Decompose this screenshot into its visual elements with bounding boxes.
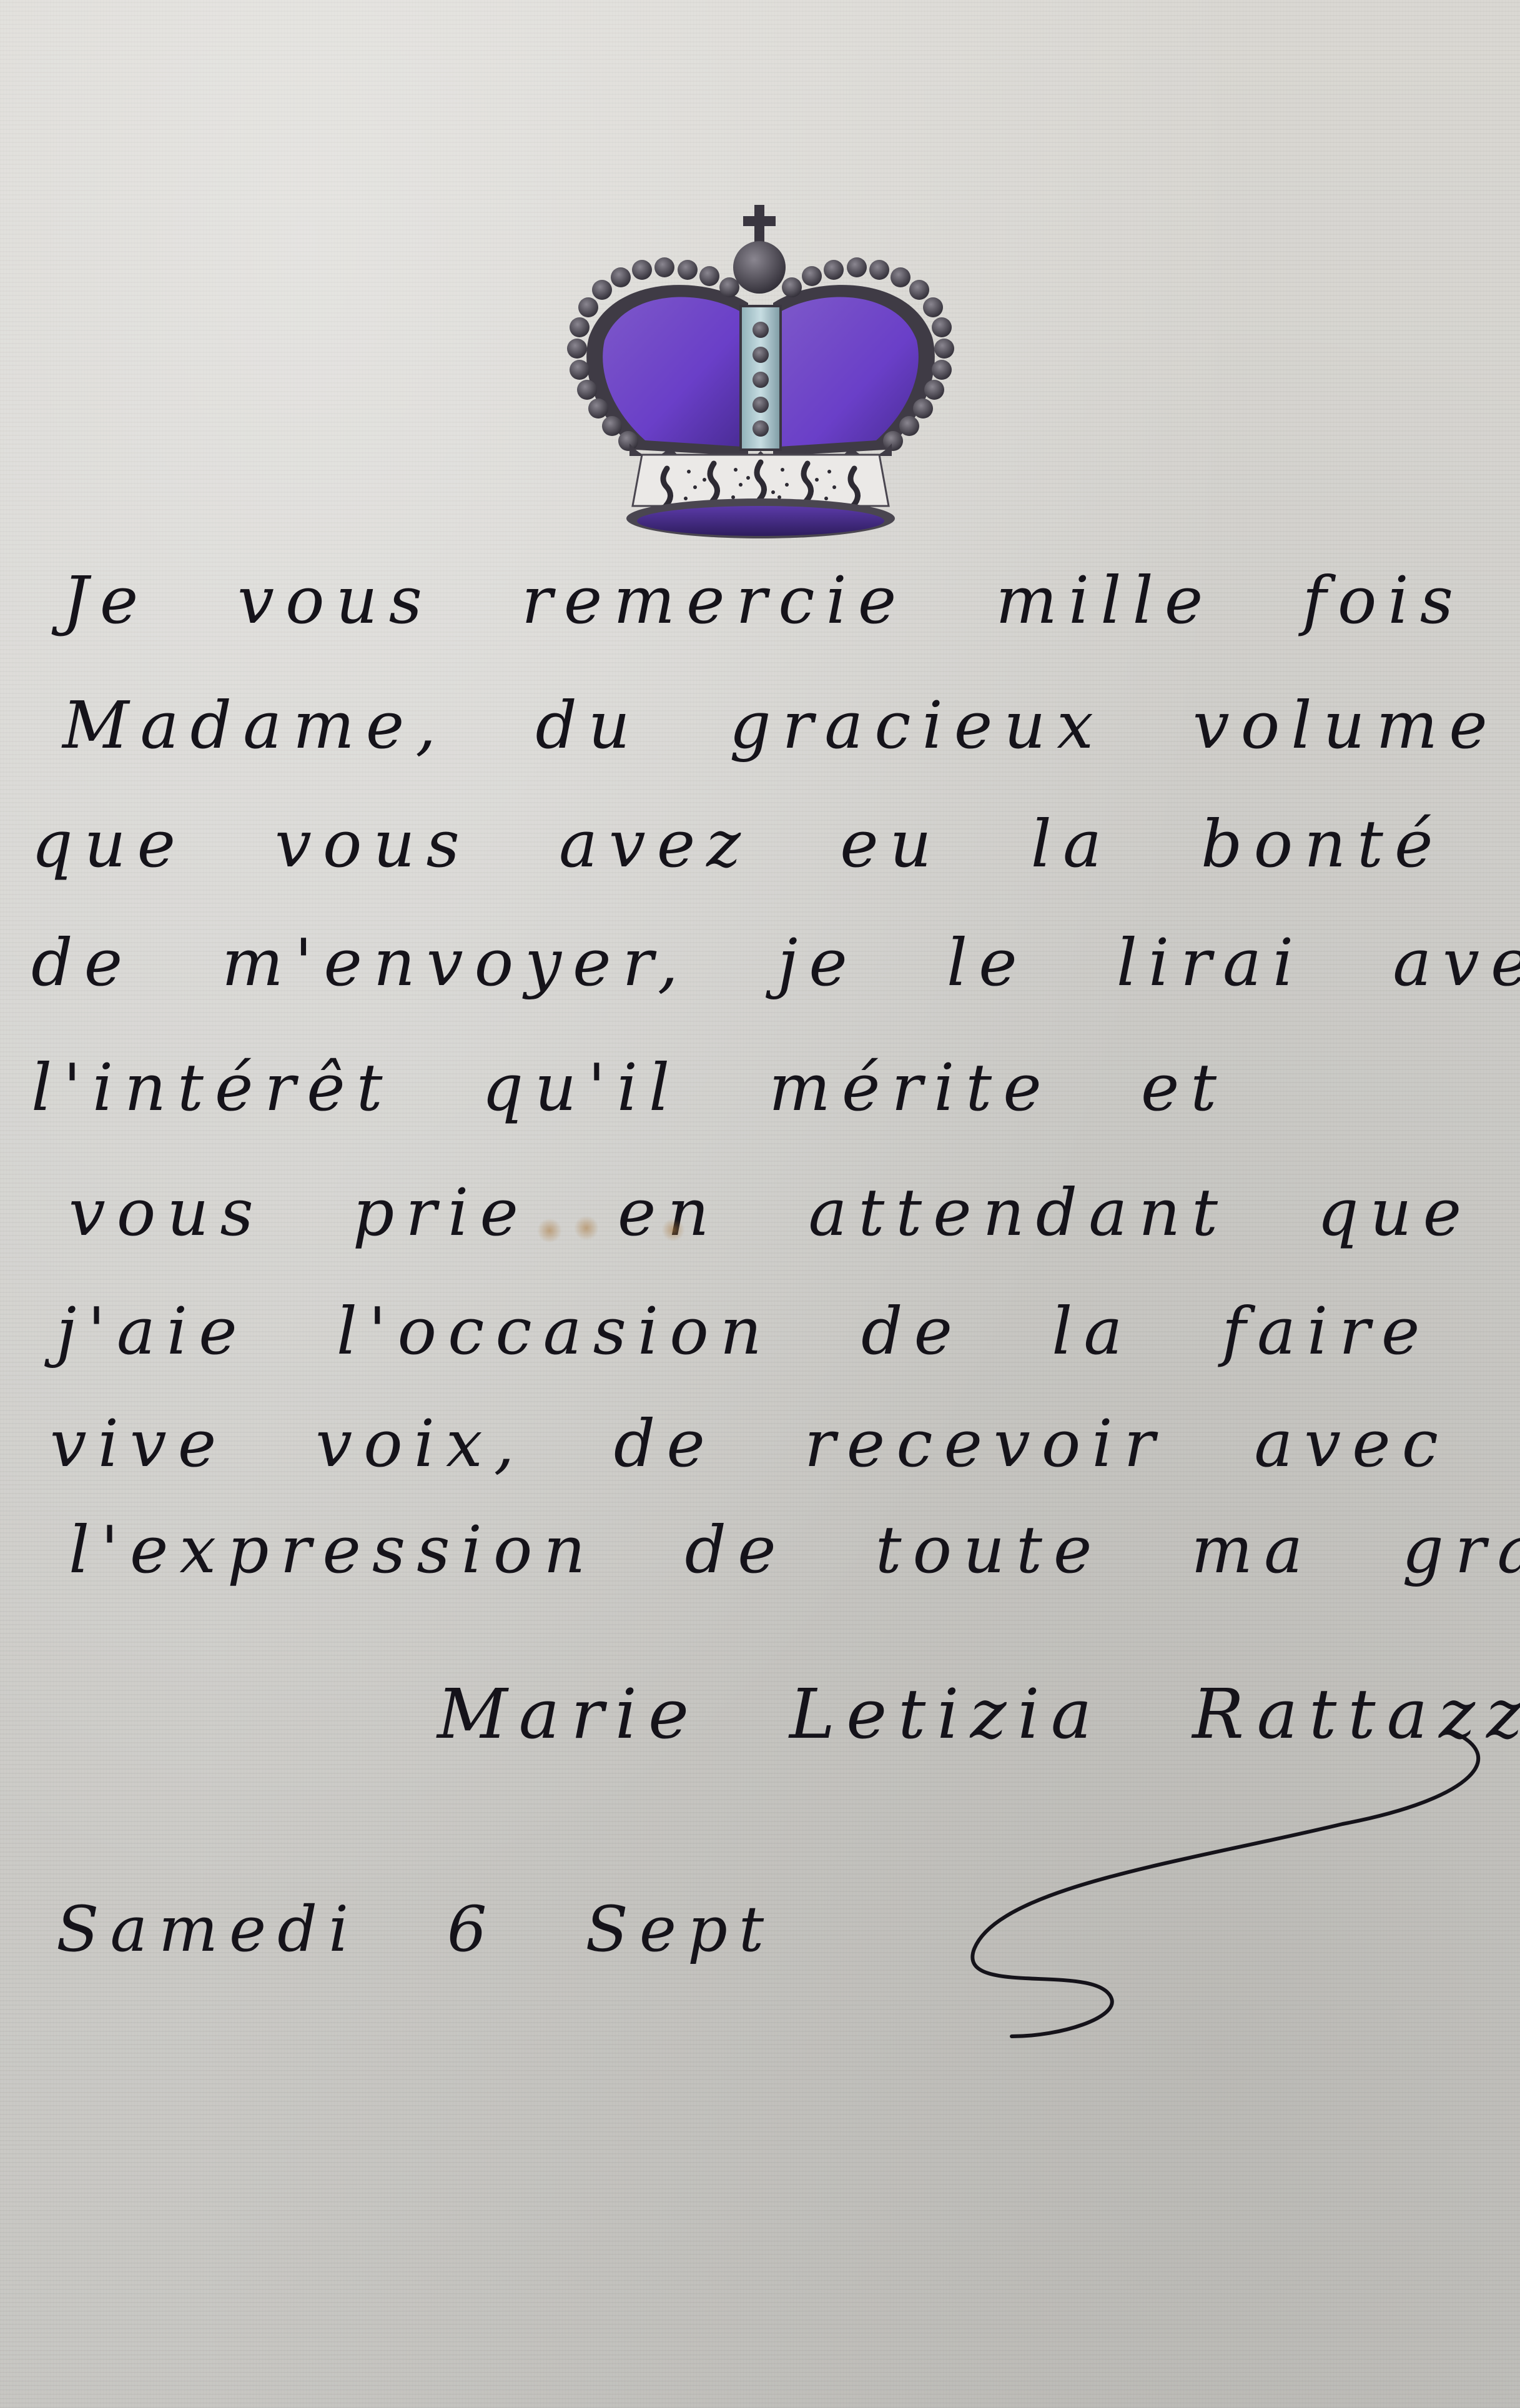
ink-stain xyxy=(662,1218,684,1242)
ink-stain xyxy=(575,1215,598,1241)
letter-page: Je vous remercie mille fois Madame, du g… xyxy=(0,0,1520,2408)
signature-flourish xyxy=(0,0,1520,2408)
ink-stain xyxy=(537,1218,562,1243)
